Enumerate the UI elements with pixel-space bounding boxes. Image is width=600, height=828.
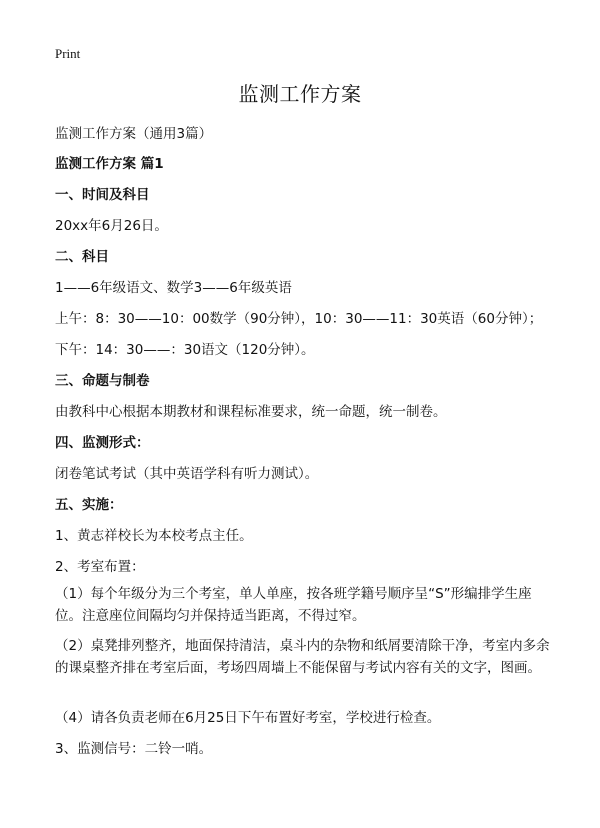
section-heading-5: 五、实施： (55, 493, 123, 513)
section-heading-2: 二、科目 (55, 245, 109, 265)
section-4-line-1: 闭卷笔试考试（其中英语学科有听力测试）。 (55, 462, 318, 482)
section-heading-1: 一、时间及科目 (55, 183, 150, 203)
section-1-line-1: 20xx年6月26日。 (55, 214, 168, 234)
part-heading: 监测工作方案 篇1 (55, 152, 164, 172)
section-2-line-2: 上午：8：30——10：00数学（90分钟），10：30——11：30英语（60… (55, 307, 542, 327)
print-label[interactable]: Print (55, 46, 80, 62)
section-2-line-1: 1——6年级语文、数学3——6年级英语 (55, 276, 292, 296)
section-5-line-5: 3、监测信号：二铃一哨。 (55, 737, 212, 757)
section-2-line-3: 下午：14：30——：30语文（120分钟）。 (55, 338, 315, 358)
section-heading-3: 三、命题与制卷 (55, 369, 150, 389)
document-subtitle: 监测工作方案（通用3篇） (55, 122, 212, 142)
section-heading-4: 四、监测形式： (55, 431, 150, 451)
section-3-line-1: 由教科中心根据本期教材和课程标准要求，统一命题，统一制卷。 (55, 400, 447, 420)
section-5-para-1: （1）每个年级分为三个考室，单人单座，按各班学籍号顺序呈“S”形编排学生座位。注… (55, 583, 555, 627)
section-5-line-2: 2、考室布置： (55, 555, 145, 575)
document-title: 监测工作方案 (0, 78, 600, 107)
section-5-line-1: 1、黄志祥校长为本校考点主任。 (55, 524, 253, 544)
section-5-line-4: （4）请各负责老师在6月25日下午布置好考室，学校进行检查。 (55, 706, 440, 726)
section-5-para-2: （2）桌凳排列整齐，地面保持清洁，桌斗内的杂物和纸屑要清除干净，考室内多余的课桌… (55, 635, 555, 679)
